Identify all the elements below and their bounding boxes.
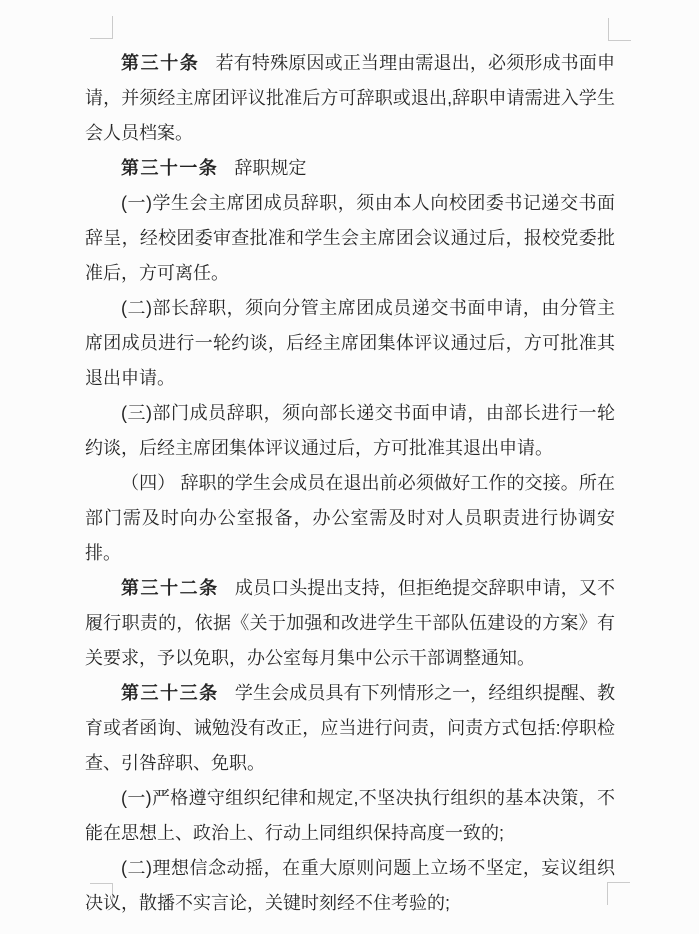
page-corner-mark-top-left [90, 16, 113, 39]
paragraph-article-32: 第三十二条成员口头提出支持，但拒绝提交辞职申请，又不履行职责的，依据《关于加强和… [85, 571, 615, 676]
document-page: 第三十条若有特殊原因或正当理由需退出，必须形成书面申请，并须经主席团评议批准后方… [0, 0, 699, 934]
paragraph-article-31-item-2: (二)部长辞职，须向分管主席团成员递交书面申请，由分管主席团成员进行一轮约谈，后… [85, 291, 615, 396]
paragraph-article-30: 第三十条若有特殊原因或正当理由需退出，必须形成书面申请，并须经主席团评议批准后方… [85, 46, 615, 151]
article-31-number: 第三十一条 [121, 158, 218, 178]
paragraph-article-31-item-3: (三)部门成员辞职，须向部长递交书面申请，由部长进行一轮约谈，后经主席团集体评议… [85, 396, 615, 466]
article-31-text: 辞职规定 [234, 158, 306, 178]
article-32-number: 第三十二条 [121, 578, 219, 598]
article-31-item-2-text: (二)部长辞职，须向分管主席团成员递交书面申请，由分管主席团成员进行一轮约谈，后… [85, 298, 615, 388]
paragraph-article-31: 第三十一条辞职规定 [85, 151, 615, 186]
article-31-item-4-text: （四） 辞职的学生会成员在退出前必须做好工作的交接。所在部门需及时向办公室报备，… [85, 473, 615, 563]
article-33-item-2-text: (二)理想信念动摇，在重大原则问题上立场不坚定，妄议组织决议，散播不实言论，关键… [85, 858, 615, 913]
article-31-item-3-text: (三)部门成员辞职，须向部长递交书面申请，由部长进行一轮约谈，后经主席团集体评议… [85, 403, 615, 458]
page-corner-mark-top-right [608, 18, 631, 41]
article-33-item-1-text: (一)严格遵守组织纪律和规定,不坚决执行组织的基本决策，不能在思想上、政治上、行… [85, 788, 615, 843]
article-31-item-1-text: (一)学生会主席团成员辞职，须由本人向校团委书记递交书面辞呈，经校团委审查批准和… [85, 193, 615, 283]
article-30-number: 第三十条 [121, 53, 199, 73]
paragraph-article-33: 第三十三条学生会成员具有下列情形之一，经组织提醒、教育或者函询、诫勉没有改正，应… [85, 676, 615, 781]
document-body-text: 第三十条若有特殊原因或正当理由需退出，必须形成书面申请，并须经主席团评议批准后方… [85, 46, 615, 921]
paragraph-article-33-item-1: (一)严格遵守组织纪律和规定,不坚决执行组织的基本决策，不能在思想上、政治上、行… [85, 781, 615, 851]
paragraph-article-33-item-2: (二)理想信念动摇，在重大原则问题上立场不坚定，妄议组织决议，散播不实言论，关键… [85, 851, 615, 921]
article-33-number: 第三十三条 [121, 683, 219, 703]
paragraph-article-31-item-1: (一)学生会主席团成员辞职，须由本人向校团委书记递交书面辞呈，经校团委审查批准和… [85, 186, 615, 291]
paragraph-article-31-item-4: （四） 辞职的学生会成员在退出前必须做好工作的交接。所在部门需及时向办公室报备，… [85, 466, 615, 571]
